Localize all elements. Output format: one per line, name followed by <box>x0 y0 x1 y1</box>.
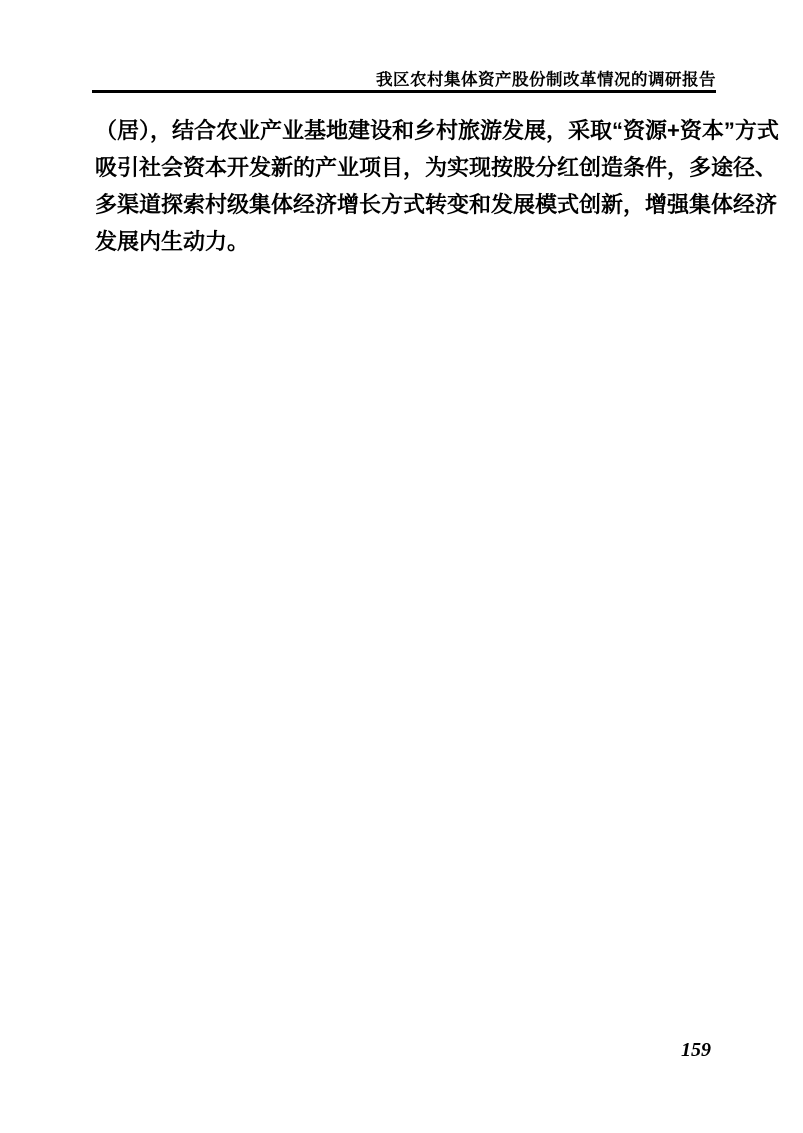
body-line: 吸引社会资本开发新的产业项目，为实现按股分红创造条件，多途径、 <box>95 149 712 186</box>
header-divider-rule <box>92 90 716 93</box>
body-line: （居），结合农业产业基地建设和乡村旅游发展，采取“资源+资本”方式 <box>95 112 712 149</box>
page-number: 159 <box>681 1039 711 1062</box>
body-line: 发展内生动力。 <box>95 223 712 260</box>
document-page: 我区农村集体资产股份制改革情况的调研报告 （居），结合农业产业基地建设和乡村旅游… <box>0 0 803 1133</box>
body-line: 多渠道探索村级集体经济增长方式转变和发展模式创新，增强集体经济 <box>95 186 712 223</box>
page-header-title: 我区农村集体资产股份制改革情况的调研报告 <box>376 66 716 90</box>
body-paragraph: （居），结合农业产业基地建设和乡村旅游发展，采取“资源+资本”方式 吸引社会资本… <box>95 112 712 260</box>
